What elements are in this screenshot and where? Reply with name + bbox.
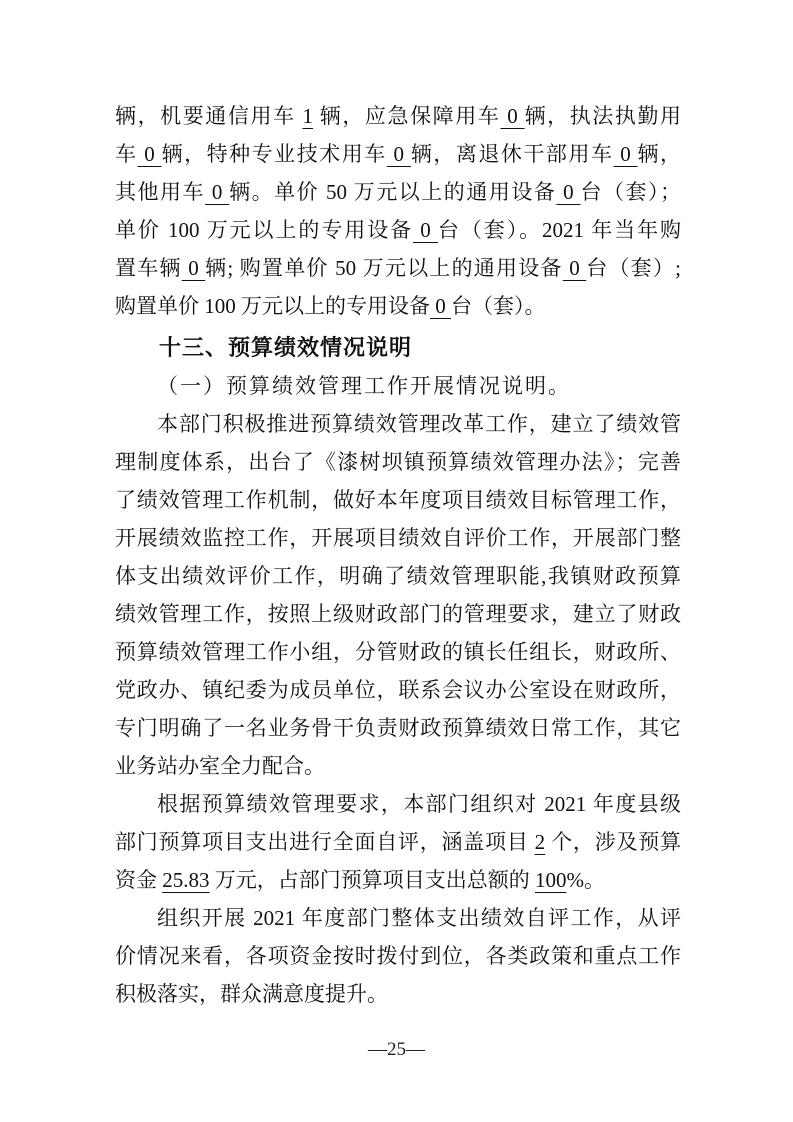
underlined-value: 0 [138, 142, 162, 166]
text-run: 辆，应急保障用车 [313, 104, 500, 128]
text-line: 资金 25.83 万元，占部门预算项目支出总额的 100%。 [115, 861, 681, 899]
text-run: 购置单价 100 万元以上的专用设备 [115, 294, 430, 318]
page-number: —25— [368, 1039, 425, 1060]
sub-section-heading: （一）预算绩效管理工作开展情况说明。 [115, 367, 681, 405]
underlined-value: 0 [387, 142, 411, 166]
text-line: 价情况来看，各项资金按时拨付到位，各类政策和重点工作 [115, 937, 681, 975]
text-run: 辆，特种专业技术用车 [162, 142, 387, 166]
text-run: 车 [115, 142, 138, 166]
text-line: 党政办、镇纪委为成员单位，联系会议办公室设在财政所， [115, 671, 681, 709]
text-run: 台（套）; [586, 256, 681, 280]
text-run: 专门明确了一名业务骨干负责财政预算绩效日常工作，其它 [115, 716, 681, 740]
underlined-value: 1 [302, 104, 313, 128]
underlined-value: 0 [182, 256, 205, 280]
paragraph: 根据预算绩效管理要求，本部门组织对 2021 年度县级部门预算项目支出进行全面自… [115, 785, 681, 899]
text-line: 其他用车 0 辆。单价 50 万元以上的通用设备 0 台（套）； [115, 173, 681, 211]
text-line: 单价 100 万元以上的专用设备 0 台（套）。2021 年当年购 [115, 211, 681, 249]
underlined-value: 0 [413, 218, 438, 242]
underlined-value: 0 [430, 294, 451, 318]
underlined-value: 0 [563, 256, 586, 280]
text-line: 本部门积极推进预算绩效管理改革工作，建立了绩效管 [115, 405, 681, 443]
text-run: 置车辆 [115, 256, 182, 280]
text-line: 积极落实，群众满意度提升。 [115, 975, 681, 1013]
text-line: 开展绩效监控工作，开展项目绩效自评价工作，开展部门整 [115, 519, 681, 557]
text-line: 购置单价 100 万元以上的专用设备 0 台（套）。 [115, 287, 681, 325]
text-run: 预算绩效管理工作小组，分管财政的镇长任组长，财政所、 [115, 640, 681, 664]
text-run: 台（套）。2021 年当年购 [438, 218, 681, 242]
underlined-value: 0 [205, 180, 229, 204]
text-line: 组织开展 2021 年度部门整体支出绩效自评工作，从评 [115, 899, 681, 937]
text-run: 个，涉及预算 [545, 830, 681, 854]
text-run: 绩效管理工作，按照上级财政部门的管理要求，建立了财政 [115, 602, 681, 626]
text-line: 体支出绩效评价工作，明确了绩效管理职能,我镇财政预算 [115, 557, 681, 595]
text-run: 根据预算绩效管理要求，本部门组织对 2021 年度县级 [157, 792, 681, 816]
text-run: %。 [567, 868, 606, 892]
paragraph: 本部门积极推进预算绩效管理改革工作，建立了绩效管理制度体系，出台了《漆树坝镇预算… [115, 405, 681, 785]
text-line: 绩效管理工作，按照上级财政部门的管理要求，建立了财政 [115, 595, 681, 633]
text-line: 业务站办室全力配合。 [115, 747, 681, 785]
text-run: 理制度体系，出台了《漆树坝镇预算绩效管理办法》；完善 [115, 450, 681, 474]
underlined-value: 0 [500, 104, 524, 128]
text-run: 台（套）； [580, 180, 681, 204]
text-line: 车 0 辆，特种专业技术用车 0 辆，离退休干部用车 0 辆， [115, 135, 681, 173]
document-body: 辆，机要通信用车 1 辆，应急保障用车 0 辆，执法执勤用车 0 辆，特种专业技… [115, 97, 681, 1013]
paragraph: 组织开展 2021 年度部门整体支出绩效自评工作，从评价情况来看，各项资金按时拨… [115, 899, 681, 1013]
text-run: 积极落实，群众满意度提升。 [115, 982, 388, 1006]
text-line: 置车辆 0 辆; 购置单价 50 万元以上的通用设备 0 台（套）; [115, 249, 681, 287]
text-run: 业务站办室全力配合。 [115, 754, 325, 778]
text-line: 预算绩效管理工作小组，分管财政的镇长任组长，财政所、 [115, 633, 681, 671]
text-run: 单价 100 万元以上的专用设备 [115, 218, 413, 242]
text-run: 开展绩效监控工作，开展项目绩效自评价工作，开展部门整 [115, 526, 681, 550]
text-run: 体支出绩效评价工作，明确了绩效管理职能,我镇财政预算 [115, 564, 681, 588]
text-run: 台（套）。 [451, 294, 546, 318]
text-run: 辆; 购置单价 50 万元以上的通用设备 [205, 256, 563, 280]
text-run: 部门预算项目支出进行全面自评，涵盖项目 [115, 830, 535, 854]
text-run: 价情况来看，各项资金按时拨付到位，各类政策和重点工作 [115, 944, 681, 968]
text-run: 辆，离退休干部用车 [411, 142, 614, 166]
underlined-value: 0 [556, 180, 580, 204]
text-run: 辆。单价 50 万元以上的通用设备 [229, 180, 556, 204]
text-run: 辆，机要通信用车 [115, 104, 302, 128]
underlined-value: 2 [535, 830, 546, 854]
text-run: 辆， [638, 142, 681, 166]
page-footer: —25— [0, 1038, 793, 1062]
text-run: 辆，执法执勤用 [525, 104, 681, 128]
text-run: 本部门积极推进预算绩效管理改革工作，建立了绩效管 [157, 412, 681, 436]
underlined-value: 100 [535, 868, 567, 892]
text-run: 了绩效管理工作机制，做好本年度项目绩效目标管理工作， [115, 488, 681, 512]
section-heading: 十三、预算绩效情况说明 [115, 329, 681, 367]
text-run: 万元，占部门预算项目支出总额的 [210, 868, 536, 892]
text-run: 组织开展 2021 年度部门整体支出绩效自评工作，从评 [157, 906, 681, 930]
underlined-value: 25.83 [162, 868, 209, 892]
text-line: 专门明确了一名业务骨干负责财政预算绩效日常工作，其它 [115, 709, 681, 747]
text-run: 党政办、镇纪委为成员单位，联系会议办公室设在财政所， [115, 678, 681, 702]
text-run: 其他用车 [115, 180, 205, 204]
text-line: 辆，机要通信用车 1 辆，应急保障用车 0 辆，执法执勤用 [115, 97, 681, 135]
underlined-value: 0 [613, 142, 637, 166]
text-line: 部门预算项目支出进行全面自评，涵盖项目 2 个，涉及预算 [115, 823, 681, 861]
text-line: 理制度体系，出台了《漆树坝镇预算绩效管理办法》；完善 [115, 443, 681, 481]
document-page: 辆，机要通信用车 1 辆，应急保障用车 0 辆，执法执勤用车 0 辆，特种专业技… [0, 0, 793, 1122]
paragraph: 辆，机要通信用车 1 辆，应急保障用车 0 辆，执法执勤用车 0 辆，特种专业技… [115, 97, 681, 325]
text-line: 了绩效管理工作机制，做好本年度项目绩效目标管理工作， [115, 481, 681, 519]
text-run: 资金 [115, 868, 162, 892]
text-line: 根据预算绩效管理要求，本部门组织对 2021 年度县级 [115, 785, 681, 823]
